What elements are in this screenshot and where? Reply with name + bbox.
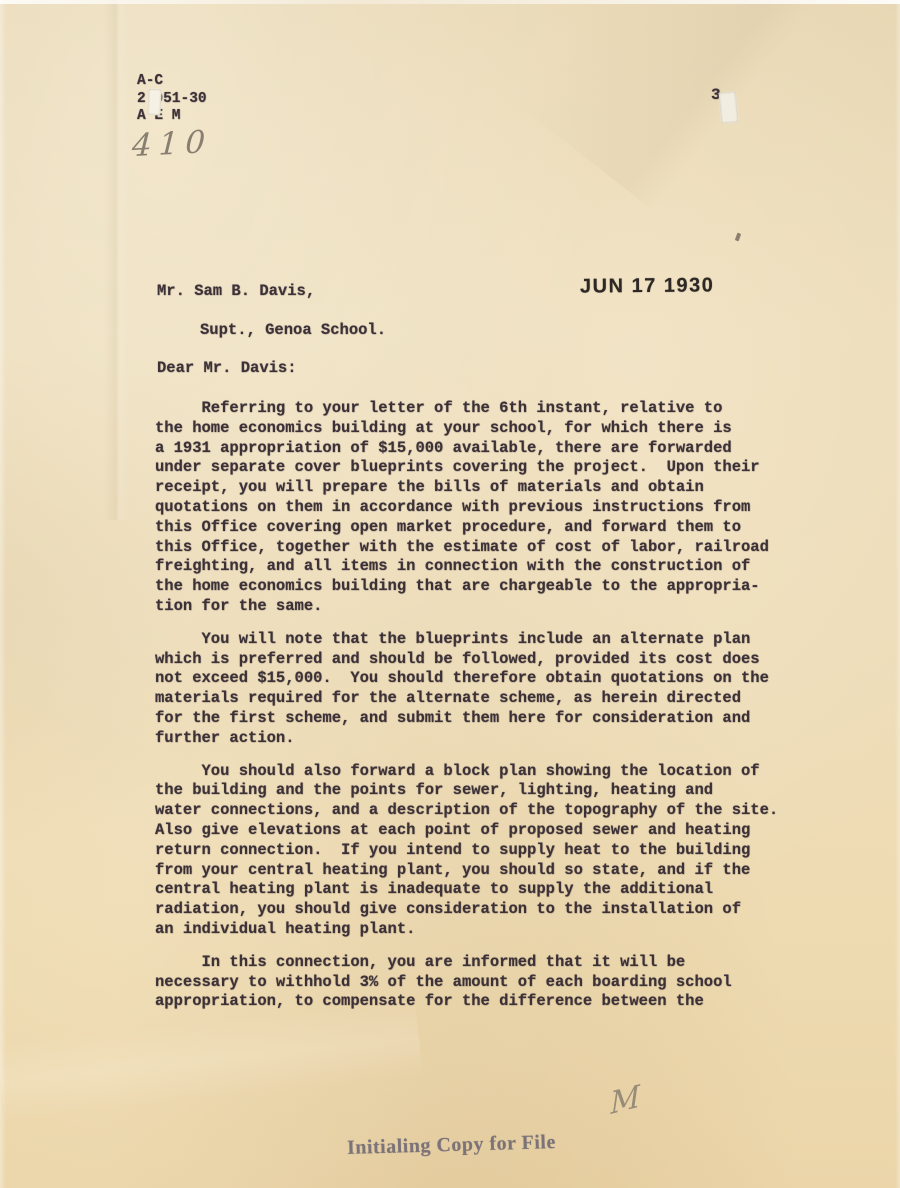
letter-page: A-C 2 051-30 A E M 410 3 JUN 17 1930 Mr.… [0, 0, 900, 1188]
footer-file-stamp: Initialing Copy for File [347, 1131, 556, 1160]
paper-hole-patch [719, 91, 739, 123]
body-paragraph-1: Referring to your letter of the 6th inst… [155, 399, 815, 617]
recipient-title: Supt., Genoa School. [200, 321, 386, 339]
body-paragraph-3: You should also forward a block plan sho… [155, 762, 815, 940]
handwritten-number: 410 [131, 124, 213, 164]
paper-hole-patch [147, 89, 161, 116]
handwritten-initial: M [610, 1079, 641, 1122]
salutation: Dear Mr. Davis: [157, 359, 297, 377]
recipient-name: Mr. Sam B. Davis, [157, 282, 315, 300]
body-paragraph-2: You will note that the blueprints includ… [155, 630, 815, 749]
paper-edge [895, 0, 900, 1188]
body-paragraph-4: In this connection, you are informed tha… [155, 953, 815, 1012]
ink-speck [735, 233, 741, 242]
reference-code-line-1: A-C [137, 73, 207, 91]
paper-edge [0, 0, 900, 4]
paper-crease [512, 0, 900, 285]
date-stamp: JUN 17 1930 [580, 274, 715, 298]
paper-edge [0, 0, 6, 1188]
letter-body: Referring to your letter of the 6th inst… [155, 399, 815, 1025]
paper-crease [104, 0, 130, 520]
